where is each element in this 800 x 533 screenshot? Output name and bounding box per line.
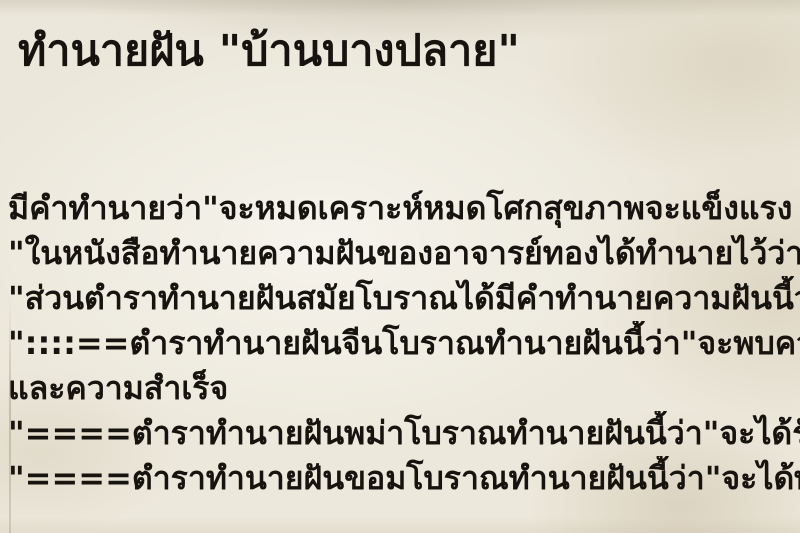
- page-title: ทำนายฝัน "บ้านบางปลาย": [18, 16, 520, 84]
- interpretation-text-block: มีคำทำนายว่า"จะหมดเคราะห์หมดโศกสุขภาพจะแ…: [8, 186, 800, 501]
- body-line: "====ตำราทำนายฝันขอมโบราณทำนายฝันนี้ว่า"…: [8, 456, 800, 501]
- body-line: มีคำทำนายว่า"จะหมดเคราะห์หมดโศกสุขภาพจะแ…: [8, 186, 800, 231]
- body-line: "ส่วนตำราทำนายฝันสมัยโบราณได้มีคำทำนายคว…: [8, 276, 800, 321]
- body-line: และความสำเร็จ: [8, 366, 800, 411]
- body-line: "::::==ตำราทำนายฝันจีนโบราณทำนายฝันนี้ว่…: [8, 321, 800, 366]
- body-line: "====ตำราทำนายฝันพม่าโบราณทำนายฝันนี้ว่า…: [8, 411, 800, 456]
- body-line: "ในหนังสือทำนายความฝันของอาจารย์ทองได้ทำ…: [8, 231, 800, 276]
- dream-interpretation-page: ทำนายฝัน "บ้านบางปลาย" มีคำทำนายว่า"จะหม…: [0, 0, 800, 533]
